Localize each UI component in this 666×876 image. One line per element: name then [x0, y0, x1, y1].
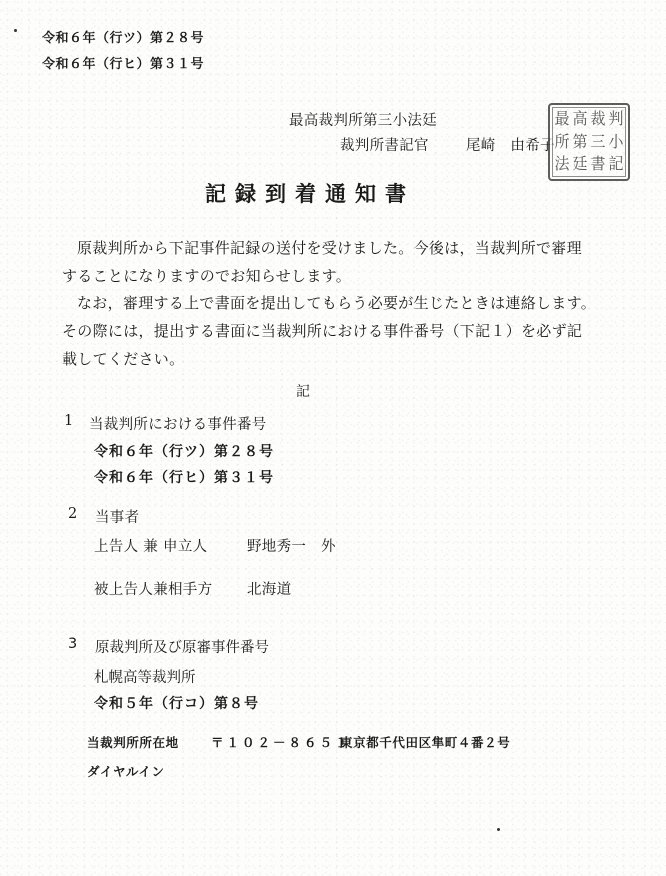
seal-char: 高	[571, 107, 589, 131]
header-case-number-2: 令和６年（行ヒ）第３１号	[42, 53, 204, 72]
item-1-case-number-2: 令和６年（行ヒ）第３１号	[94, 467, 274, 487]
sender-clerk-title: 裁判所書記官	[340, 134, 429, 155]
scan-speck	[14, 29, 17, 32]
seal-char: 第	[571, 130, 589, 154]
seal-char: 所	[553, 130, 571, 154]
seal-char: 裁	[589, 107, 607, 131]
item-2-number: 2	[68, 506, 78, 522]
document-title: 記録到着通知書	[205, 178, 415, 208]
seal-char: 法	[553, 153, 571, 177]
ki-heading: 記	[296, 381, 310, 401]
item-1-number: 1	[64, 413, 74, 429]
footer-dial-in-label: ダイヤルイン	[87, 762, 165, 780]
item-1-label: 当裁判所における事件番号	[89, 413, 267, 434]
body-paragraph-2-line-2: その際には，提出する書面に当裁判所における事件番号（下記１）を必ず記	[62, 320, 582, 341]
item-1-case-number-1: 令和６年（行ツ）第２８号	[94, 441, 274, 461]
body-paragraph-2-line-1: なお，審理する上で書面を提出してもらう必要が生じたときは連絡します。	[77, 292, 596, 313]
item-3-label: 原裁判所及び原審事件番号	[95, 636, 269, 657]
sender-clerk-name: 尾崎 由希子	[466, 134, 555, 155]
party-1-role: 上告人 兼 申立人	[94, 535, 207, 556]
body-paragraph-2-line-3: 載してください。	[62, 348, 184, 369]
item-2-label: 当事者	[95, 506, 139, 527]
official-seal: 最 高 裁 判 所 第 三 小 法 廷 書 記	[548, 103, 630, 181]
party-1-name: 野地秀一 外	[247, 535, 336, 556]
seal-char: 小	[607, 130, 625, 154]
footer-address-label: 当裁判所所在地	[87, 733, 179, 751]
seal-char: 三	[589, 130, 607, 154]
seal-char: 記	[607, 153, 625, 177]
item-3-number: 3	[68, 636, 77, 652]
seal-char: 書	[589, 153, 607, 177]
party-2-role: 被上告人兼相手方	[94, 578, 212, 599]
seal-char: 最	[553, 107, 571, 131]
footer-address: 東京都千代田区隼町４番２号	[340, 733, 510, 751]
seal-char: 判	[607, 107, 625, 131]
scan-speck	[497, 828, 500, 831]
header-case-number-1: 令和６年（行ツ）第２８号	[42, 27, 204, 46]
body-paragraph-1-line-2: することになりますのでお知らせします。	[62, 265, 351, 286]
footer-postal-code: 〒１０２－８６５１	[211, 733, 351, 751]
seal-char: 廷	[571, 153, 589, 177]
item-3-court: 札幌高等裁判所	[94, 666, 196, 687]
party-2-name: 北海道	[247, 578, 291, 599]
sender-court: 最高裁判所第三小法廷	[289, 109, 437, 130]
item-3-case-number: 令和５年（行コ）第８号	[94, 693, 259, 713]
body-paragraph-1-line-1: 原裁判所から下記事件記録の送付を受けました。今後は，当裁判所で審理	[77, 237, 582, 258]
